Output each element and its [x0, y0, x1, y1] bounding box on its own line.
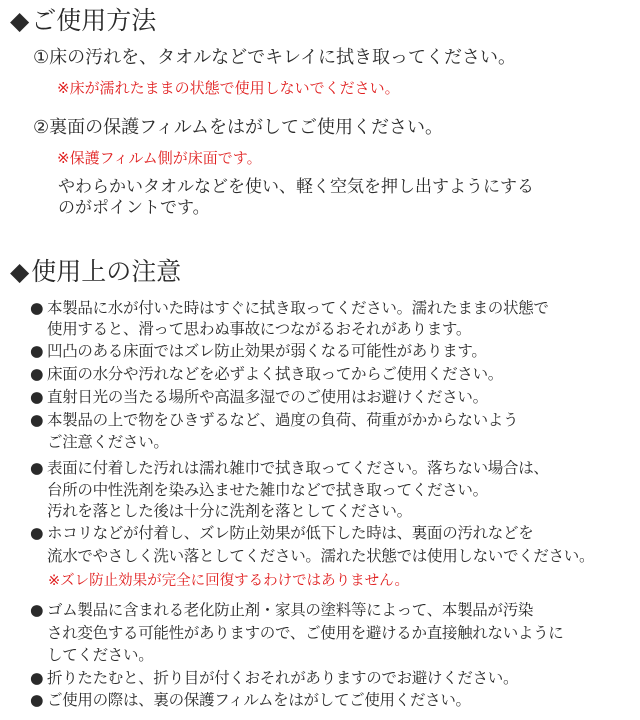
caution-text: ご使用の際は、裏の保護フィルムをはがしてご使用ください。 [47, 691, 471, 709]
caution-item-6-cont-2: 汚れを落とした後は十分に洗剤を落としてください。 [30, 501, 412, 521]
caution-text: 直射日光の当たる場所や高温多湿でのご使用はお避けください。 [47, 388, 488, 406]
bullet-icon: ● [30, 690, 47, 710]
cautions-title-text: 使用上の注意 [31, 257, 181, 286]
caution-text: 本製品の上で物をひきずるなど、過度の負荷、荷重がかからないよう [47, 411, 518, 429]
caution-text: ゴム製品に含まれる老化防止剤・家具の塗料等によって、本製品が汚染 [47, 601, 533, 619]
caution-item-8-cont-1: され変色する可能性がありますので、ご使用を避けるか直接触れないように [30, 623, 564, 643]
caution-item-7-cont: 流水でやさしく洗い落としてください。濡れた状態では使用しないでください。 [30, 546, 594, 566]
caution-item-4: ●直射日光の当たる場所や高温多湿でのご使用はお避けください。 [30, 387, 488, 407]
bullet-icon: ● [30, 458, 47, 478]
usage-step-2-note: ※保護フィルム側が床面です。 [57, 148, 262, 168]
caution-item-2: ●凹凸のある床面ではズレ防止効果が弱くなる可能性があります。 [30, 341, 487, 361]
usage-step-2-tip-line-2: のがポイントです。 [58, 197, 210, 219]
caution-item-8-cont-2: してください。 [30, 645, 153, 665]
caution-item-8: ●ゴム製品に含まれる老化防止剤・家具の塗料等によって、本製品が汚染 [30, 600, 533, 620]
caution-item-9: ●折りたたむと、折り目が付くおそれがありますのでお避けください。 [30, 668, 518, 688]
caution-item-10: ●ご使用の際は、裏の保護フィルムをはがしてご使用ください。 [30, 690, 471, 710]
bullet-icon: ● [30, 600, 47, 620]
cautions-section-title: ◆使用上の注意 [10, 257, 181, 287]
usage-step-1: ①床の汚れを、タオルなどでキレイに拭き取ってください。 [33, 47, 516, 69]
bullet-icon: ● [30, 364, 47, 384]
diamond-icon: ◆ [10, 6, 29, 36]
caution-text: 床面の水分や汚れなどを必ずよく拭き取ってからご使用ください。 [47, 365, 503, 383]
caution-item-7-note: ※ズレ防止効果が完全に回復するわけではありません。 [48, 571, 409, 591]
caution-text: 折りたたむと、折り目が付くおそれがありますのでお避けください。 [47, 669, 518, 687]
caution-item-6-cont-1: 台所の中性洗剤を染み込ませた雑巾などで拭き取ってください。 [30, 480, 488, 500]
usage-section-title: ◆ご使用方法 [10, 6, 156, 36]
bullet-icon: ● [30, 668, 47, 688]
bullet-icon: ● [30, 341, 47, 361]
usage-step-1-note: ※床が濡れたままの状態で使用しないでください。 [57, 78, 400, 98]
caution-text: 本製品に水が付いた時はすぐに拭き取ってください。濡れたままの状態で [47, 299, 549, 317]
caution-item-1-cont: 使用すると、滑って思わぬ事故につながるおそれがあります。 [30, 319, 471, 339]
caution-text: 表面に付着した汚れは濡れ雑巾で拭き取ってください。落ちない場合は、 [47, 459, 549, 477]
bullet-icon: ● [30, 523, 47, 543]
caution-item-5: ●本製品の上で物をひきずるなど、過度の負荷、荷重がかからないよう [30, 410, 518, 430]
bullet-icon: ● [30, 410, 47, 430]
diamond-icon: ◆ [10, 257, 29, 287]
caution-item-1: ●本製品に水が付いた時はすぐに拭き取ってください。濡れたままの状態で [30, 298, 549, 318]
bullet-icon: ● [30, 298, 47, 318]
caution-text: ホコリなどが付着し、ズレ防止効果が低下した時は、裏面の汚れなどを [47, 524, 533, 542]
usage-title-text: ご使用方法 [31, 6, 156, 35]
usage-step-2-tip-line-1: やわらかいタオルなどを使い、軽く空気を押し出すようにする [58, 176, 534, 198]
usage-step-2: ②裏面の保護フィルムをはがしてご使用ください。 [33, 117, 443, 139]
caution-item-6: ●表面に付着した汚れは濡れ雑巾で拭き取ってください。落ちない場合は、 [30, 458, 549, 478]
caution-item-7: ●ホコリなどが付着し、ズレ防止効果が低下した時は、裏面の汚れなどを [30, 523, 533, 543]
caution-item-3: ●床面の水分や汚れなどを必ずよく拭き取ってからご使用ください。 [30, 364, 503, 384]
bullet-icon: ● [30, 387, 47, 407]
caution-item-5-cont: ご注意ください。 [30, 432, 169, 452]
caution-text: 凹凸のある床面ではズレ防止効果が弱くなる可能性があります。 [47, 342, 487, 360]
